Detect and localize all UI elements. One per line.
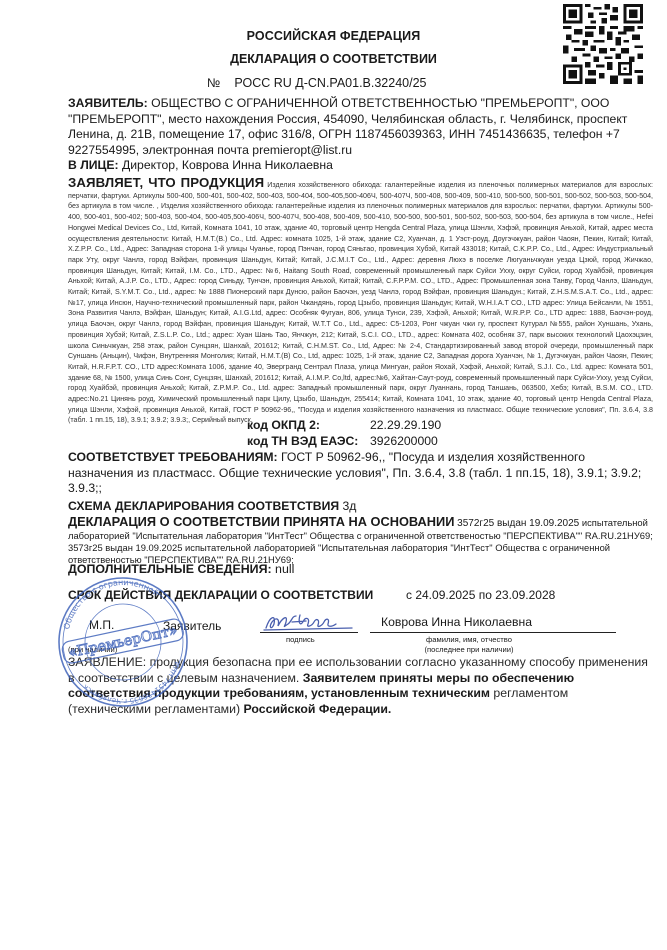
country-heading: РОССИЙСКАЯ ФЕДЕРАЦИЯ bbox=[0, 29, 667, 43]
additional-info-label: ДОПОЛНИТЕЛЬНЫЕ СВЕДЕНИЯ: bbox=[68, 562, 272, 576]
statement-label: ЗАЯВЛЕНИЕ: bbox=[68, 655, 146, 669]
basis-label: ДЕКЛАРАЦИЯ О СООТВЕТСТВИИ ПРИНЯТА НА ОСН… bbox=[68, 514, 454, 529]
validity-label: СРОК ДЕЙСТВИЯ ДЕКЛАРАЦИИ О СООТВЕТСТВИИ bbox=[68, 588, 373, 602]
additional-info-section: ДОПОЛНИТЕЛЬНЫЕ СВЕДЕНИЯ: null bbox=[68, 562, 653, 576]
tnved-code-row: код ТН ВЭД ЕАЭС: 3926200000 bbox=[0, 434, 667, 450]
basis-section: ДЕКЛАРАЦИЯ О СООТВЕТСТВИИ ПРИНЯТА НА ОСН… bbox=[68, 516, 653, 566]
document-title: ДЕКЛАРАЦИЯ О СООТВЕТСТВИИ bbox=[0, 52, 667, 66]
representative-label: В ЛИЦЕ: bbox=[68, 158, 119, 172]
representative-text: Директор, Коврова Инна Николаевна bbox=[119, 158, 333, 172]
products-section: ЗАЯВЛЯЕТ, ЧТО ПРОДУКЦИЯ Изделия хозяйств… bbox=[68, 178, 653, 426]
scheme-value: 3д bbox=[339, 499, 356, 513]
signature-caption: подпись bbox=[286, 635, 315, 644]
validity-value: с 24.09.2025 по 23.09.2028 bbox=[406, 588, 555, 602]
handwritten-signature-icon bbox=[262, 612, 356, 632]
seal-note: (при наличии) bbox=[68, 645, 117, 654]
basis-lead: 3572г25 выдан 19.09.2025 bbox=[454, 518, 579, 529]
number-sign: № bbox=[207, 76, 220, 90]
okpd-code-row: код ОКПД 2: 22.29.29.190 bbox=[0, 418, 667, 434]
requirements-section: СООТВЕТСТВУЕТ ТРЕБОВАНИЯМ: ГОСТ Р 50962-… bbox=[68, 450, 653, 497]
okpd-value: 22.29.29.190 bbox=[370, 418, 441, 432]
scheme-label: СХЕМА ДЕКЛАРИРОВАНИЯ СООТВЕТСТВИЯ bbox=[68, 499, 339, 513]
applicant-text: ОБЩЕСТВО С ОГРАНИЧЕННОЙ ОТВЕТСТВЕННОСТЬЮ… bbox=[68, 96, 627, 157]
applicant-section: ЗАЯВИТЕЛЬ: ОБЩЕСТВО С ОГРАНИЧЕННОЙ ОТВЕТ… bbox=[68, 96, 653, 174]
products-label: ЗАЯВЛЯЕТ, ЧТО ПРОДУКЦИЯ bbox=[68, 175, 264, 190]
statement-text-4: Российской Федерации. bbox=[244, 702, 392, 716]
requirements-label: СООТВЕТСТВУЕТ ТРЕБОВАНИЯМ: bbox=[68, 450, 278, 464]
signature-line bbox=[260, 632, 358, 633]
name-caption-note: (последнее при наличии) bbox=[401, 645, 537, 654]
name-line bbox=[370, 632, 616, 633]
applicant-role-label: Заявитель bbox=[163, 619, 221, 633]
statement-section: ЗАЯВЛЕНИЕ: продукция безопасна при ее ис… bbox=[68, 655, 653, 717]
seal-place-label: М.П. bbox=[89, 618, 114, 632]
declaration-number-value: РОСС RU Д-CN.PA01.B.32240/25 bbox=[234, 76, 426, 90]
scheme-section: СХЕМА ДЕКЛАРИРОВАНИЯ СООТВЕТСТВИЯ 3д bbox=[68, 499, 653, 513]
declaration-number: №РОСС RU Д-CN.PA01.B.32240/25 bbox=[207, 76, 427, 90]
signatory-name: Коврова Инна Николаевна bbox=[381, 615, 532, 629]
applicant-label: ЗАЯВИТЕЛЬ: bbox=[68, 96, 148, 110]
tnved-value: 3926200000 bbox=[370, 434, 438, 448]
validity-section: СРОК ДЕЙСТВИЯ ДЕКЛАРАЦИИ О СООТВЕТСТВИИ … bbox=[68, 588, 653, 602]
declaration-page: РОССИЙСКАЯ ФЕДЕРАЦИЯ ДЕКЛАРАЦИЯ О СООТВЕ… bbox=[0, 0, 667, 950]
additional-info-value: null bbox=[272, 562, 295, 576]
products-text: Изделия хозяйственного обихода: галантер… bbox=[68, 181, 653, 424]
name-caption: фамилия, имя, отчество bbox=[401, 635, 537, 644]
qr-code-icon[interactable] bbox=[563, 4, 643, 84]
